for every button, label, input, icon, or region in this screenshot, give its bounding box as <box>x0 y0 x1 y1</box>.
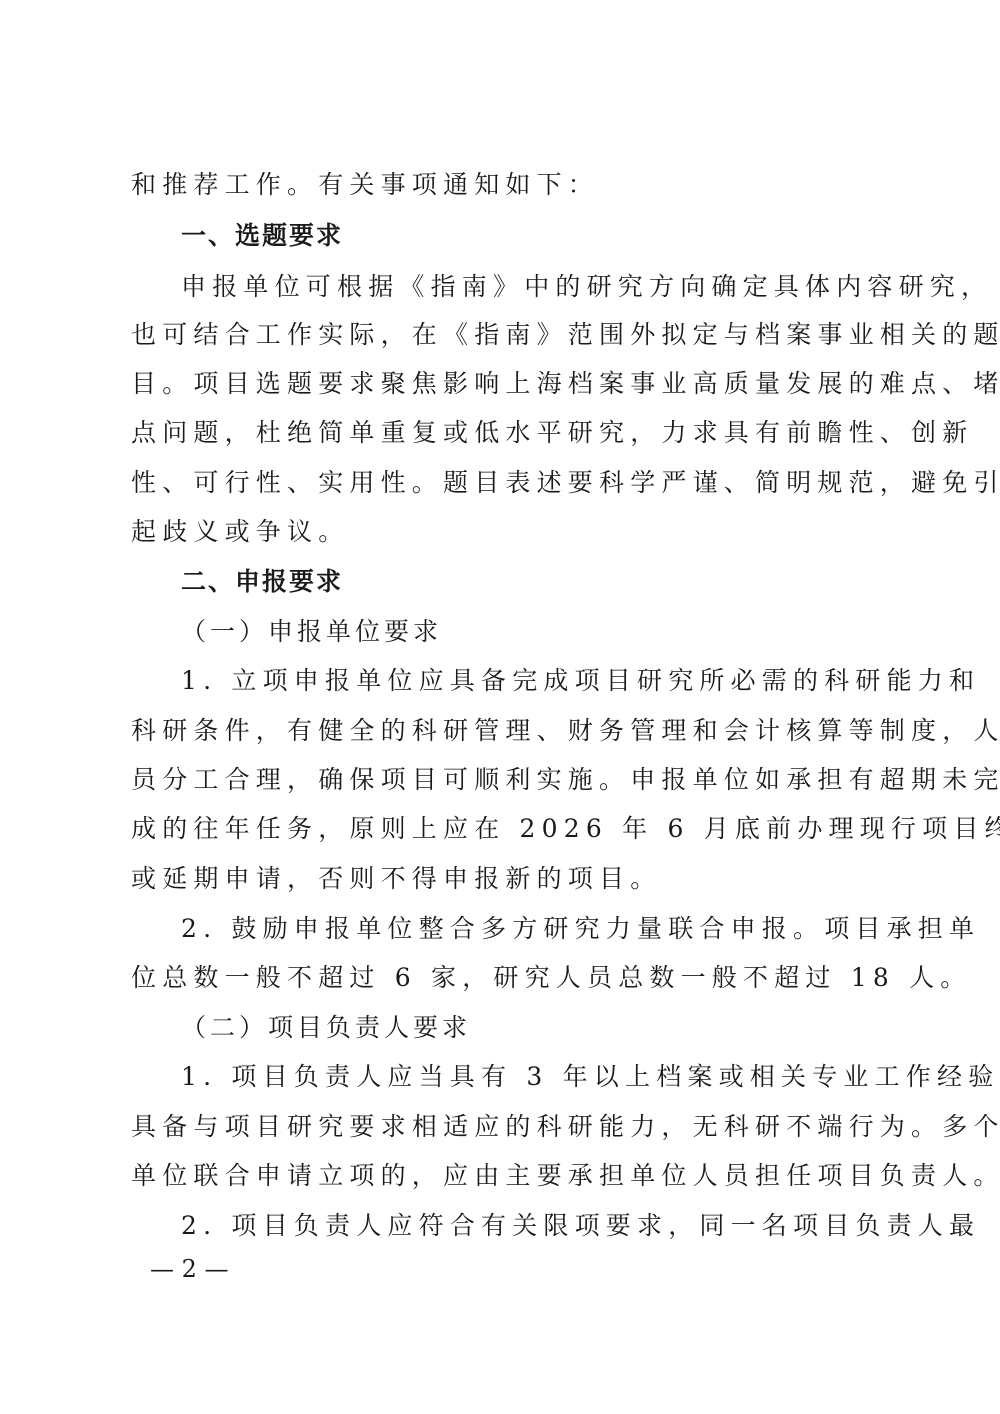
body-line: 1. 立项申报单位应具备完成项目研究所必需的科研能力和 <box>181 664 871 698</box>
body-line: 2. 项目负责人应符合有关限项要求，同一名项目负责人最 <box>181 1209 871 1243</box>
body-line: 位总数一般不超过 6 家，研究人员总数一般不超过 18 人。 <box>131 961 871 995</box>
body-line: 性、可行性、实用性。题目表述要科学严谨、简明规范，避免引 <box>131 466 871 500</box>
body-line: 也可结合工作实际，在《指南》范围外拟定与档案事业相关的题 <box>131 318 871 352</box>
body-line: 申报单位可根据《指南》中的研究方向确定具体内容研究， <box>181 270 871 304</box>
body-line: 和推荐工作。有关事项通知如下： <box>131 168 871 202</box>
section-heading-topic-requirements: 一、选题要求 <box>181 219 871 253</box>
section-heading-application-requirements: 二、申报要求 <box>181 565 871 599</box>
document-page: 和推荐工作。有关事项通知如下： 一、选题要求 申报单位可根据《指南》中的研究方向… <box>0 0 1000 1414</box>
body-line: 点问题，杜绝简单重复或低水平研究，力求具有前瞻性、创新 <box>131 416 871 450</box>
body-line: 2. 鼓励申报单位整合多方研究力量联合申报。项目承担单 <box>181 912 871 946</box>
body-line: 具备与项目研究要求相适应的科研能力，无科研不端行为。多个 <box>131 1110 871 1144</box>
page-number: — 2 — <box>150 1254 229 1284</box>
body-line: 或延期申请，否则不得申报新的项目。 <box>131 862 871 896</box>
body-line: 成的往年任务，原则上应在 2026 年 6 月底前办理现行项目终止 <box>131 812 871 846</box>
body-line: 单位联合申请立项的，应由主要承担单位人员担任项目负责人。 <box>131 1159 871 1193</box>
body-line: 1. 项目负责人应当具有 3 年以上档案或相关专业工作经验， <box>181 1060 871 1094</box>
body-line: 科研条件，有健全的科研管理、财务管理和会计核算等制度，人 <box>131 714 871 748</box>
body-line: 员分工合理，确保项目可顺利实施。申报单位如承担有超期未完 <box>131 763 871 797</box>
subsection-heading-unit-requirements: （一）申报单位要求 <box>181 615 871 649</box>
body-line: 目。项目选题要求聚焦影响上海档案事业高质量发展的难点、堵 <box>131 367 871 401</box>
subsection-heading-leader-requirements: （二）项目负责人要求 <box>181 1011 871 1045</box>
body-line: 起歧义或争议。 <box>131 515 871 549</box>
